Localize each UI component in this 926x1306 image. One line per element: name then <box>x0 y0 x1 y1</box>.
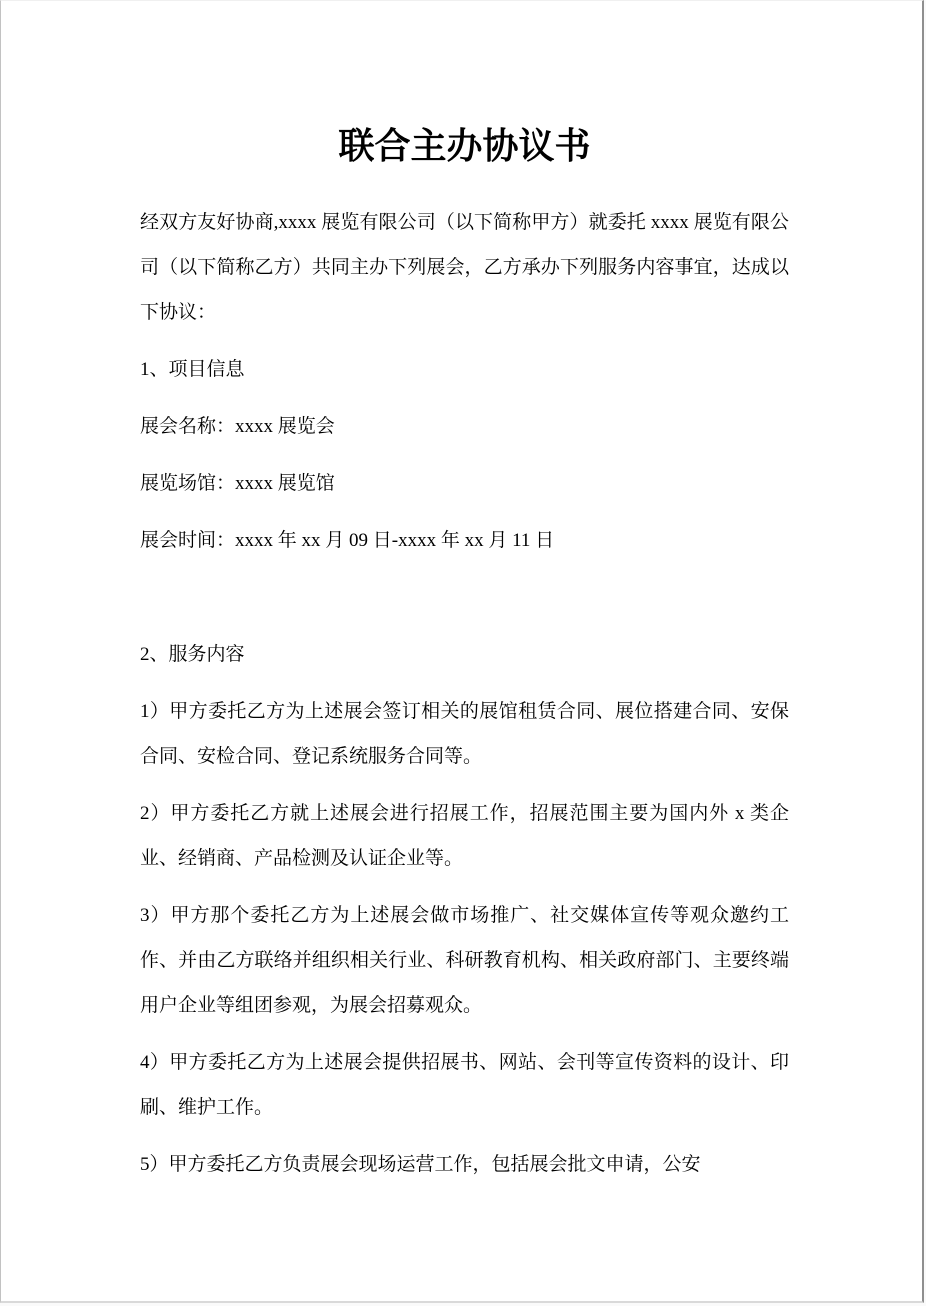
document-page[interactable]: 联合主办协议书 经双方友好协商,xxxx 展览有限公司（以下简称甲方）就委托 x… <box>0 0 924 1303</box>
service-item-3: 3）甲方那个委托乙方为上述展会做市场推广、社交媒体宣传等观众邀约工作、并由乙方联… <box>140 893 789 1028</box>
section-heading-project-info: 1、项目信息 <box>140 347 789 392</box>
exhibition-date-line: 展会时间：xxxx 年 xx 月 09 日-xxxx 年 xx 月 11 日 <box>140 518 789 563</box>
exhibition-venue-line: 展览场馆：xxxx 展览馆 <box>140 461 789 506</box>
exhibition-name-line: 展会名称：xxxx 展览会 <box>140 404 789 449</box>
intro-paragraph: 经双方友好协商,xxxx 展览有限公司（以下简称甲方）就委托 xxxx 展览有限… <box>140 200 789 335</box>
section-heading-service-content: 2、服务内容 <box>140 632 789 677</box>
service-item-5: 5）甲方委托乙方负责展会现场运营工作，包括展会批文申请，公安 <box>140 1142 789 1187</box>
service-item-4: 4）甲方委托乙方为上述展会提供招展书、网站、会刊等宣传资料的设计、印刷、维护工作… <box>140 1040 789 1130</box>
service-item-1: 1）甲方委托乙方为上述展会签订相关的展馆租赁合同、展位搭建合同、安保合同、安检合… <box>140 689 789 779</box>
document-viewport: 联合主办协议书 经双方友好协商,xxxx 展览有限公司（以下简称甲方）就委托 x… <box>0 0 926 1306</box>
document-content: 联合主办协议书 经双方友好协商,xxxx 展览有限公司（以下简称甲方）就委托 x… <box>1 1 922 1301</box>
service-item-2: 2）甲方委托乙方就上述展会进行招展工作，招展范围主要为国内外 x 类企业、经销商… <box>140 791 789 881</box>
document-title: 联合主办协议书 <box>140 123 789 170</box>
